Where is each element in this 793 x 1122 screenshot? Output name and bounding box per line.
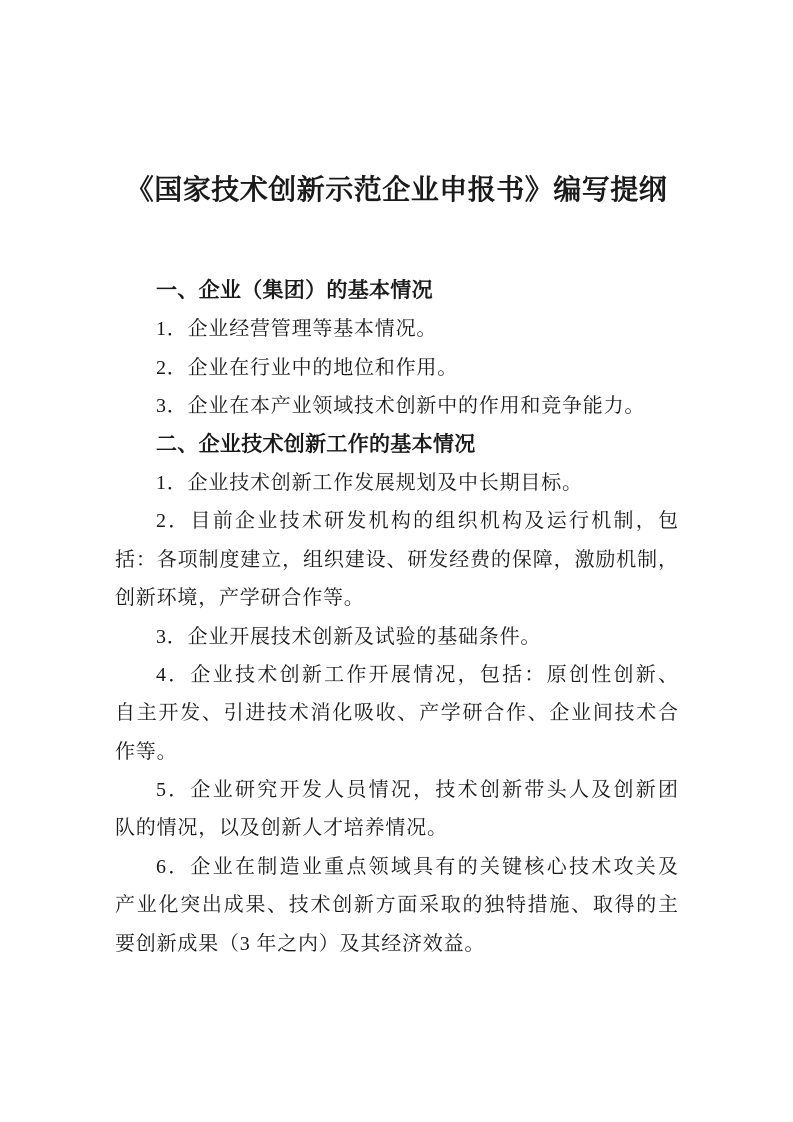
text-line: 产业化突出成果、技术创新方面采取的独特措施、取得的主 xyxy=(115,886,678,924)
text-line: 2．目前企业技术研发机构的组织机构及运行机制，包 xyxy=(115,502,678,540)
text-line: 括：各项制度建立，组织建设、研发经费的保障，激励机制， xyxy=(115,541,678,579)
text-line: 3．企业开展技术创新及试验的基础条件。 xyxy=(115,618,678,656)
text-line: 作等。 xyxy=(115,733,678,771)
text-line: 3．企业在本产业领域技术创新中的作用和竞争能力。 xyxy=(115,387,678,425)
text-line: 自主开发、引进技术消化吸收、产学研合作、企业间技术合 xyxy=(115,694,678,732)
text-line: 队的情况，以及创新人才培养情况。 xyxy=(115,809,678,847)
text-line: 4．企业技术创新工作开展情况，包括：原创性创新、 xyxy=(115,656,678,694)
text-line: 6．企业在制造业重点领域具有的关键核心技术攻关及 xyxy=(115,848,678,886)
section-heading: 一、企业（集团）的基本情况 xyxy=(115,272,678,310)
text-line: 2．企业在行业中的地位和作用。 xyxy=(115,349,678,387)
document-page: 《国家技术创新示范企业申报书》编写提纲 一、企业（集团）的基本情况1．企业经营管… xyxy=(0,0,793,1122)
text-line: 要创新成果（3 年之内）及其经济效益。 xyxy=(115,925,678,963)
text-line: 1．企业经营管理等基本情况。 xyxy=(115,310,678,348)
section-heading: 二、企业技术创新工作的基本情况 xyxy=(115,426,678,464)
document-body: 一、企业（集团）的基本情况1．企业经营管理等基本情况。2．企业在行业中的地位和作… xyxy=(115,272,678,963)
text-line: 1．企业技术创新工作发展规划及中长期目标。 xyxy=(115,464,678,502)
text-line: 创新环境，产学研合作等。 xyxy=(115,579,678,617)
document-title: 《国家技术创新示范企业申报书》编写提纲 xyxy=(0,173,793,207)
text-line: 5．企业研究开发人员情况，技术创新带头人及创新团 xyxy=(115,771,678,809)
